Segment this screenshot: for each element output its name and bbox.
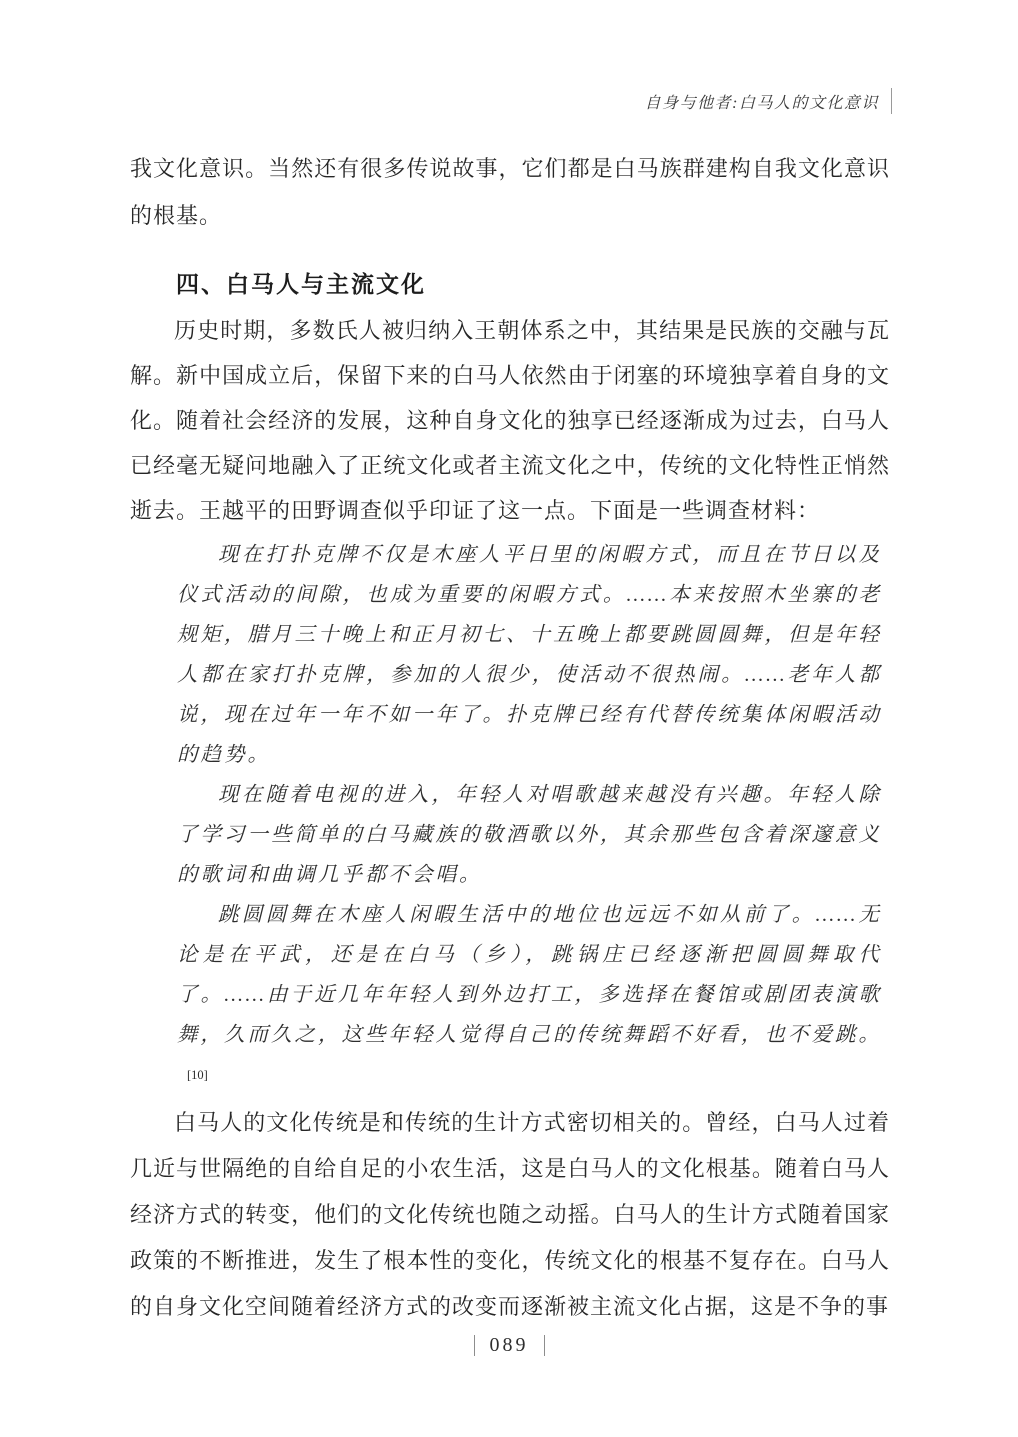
quote-paragraph-2: 现在随着电视的进入，年轻人对唱歌越来越没有兴趣。年轻人除了学习一些简单的白马藏族… (177, 775, 882, 895)
page-number-bar-right (544, 1335, 545, 1356)
paragraph-intro: 我文化意识。当然还有很多传说故事，它们都是白马族群建构自我文化意识的根基。 (130, 145, 890, 239)
quote-paragraph-3: 跳圆圆舞在木座人闲暇生活中的地位也远远不如从前了。……无论是在平武，还是在白马（… (177, 895, 882, 1100)
page-number: 089 (490, 1334, 529, 1357)
paragraph-history: 历史时期，多数氏人被归纳入王朝体系之中，其结果是民族的交融与瓦解。新中国成立后，… (130, 308, 890, 533)
page-number-bar-left (474, 1335, 475, 1356)
paragraph-closing: 白马人的文化传统是和传统的生计方式密切相关的。曾经，白马人过着几近与世隔绝的自给… (130, 1100, 890, 1330)
running-header-title: 自身与他者:白马人的文化意识 (645, 90, 879, 113)
quote-paragraph-1: 现在打扑克牌不仅是木座人平日里的闲暇方式，而且在节日以及仪式活动的间隙，也成为重… (177, 535, 882, 775)
quote-paragraph-3-text: 跳圆圆舞在木座人闲暇生活中的地位也远远不如从前了。……无论是在平武，还是在白马（… (177, 904, 882, 1046)
running-header: 自身与他者:白马人的文化意识 (645, 88, 892, 114)
page-content: 我文化意识。当然还有很多传说故事，它们都是白马族群建构自我文化意识的根基。 四、… (130, 145, 890, 1330)
page-footer: 089 (0, 1334, 1018, 1357)
header-divider-bar (891, 88, 892, 114)
footnote-reference: [10] (187, 1068, 208, 1082)
quote-block: 现在打扑克牌不仅是木座人平日里的闲暇方式，而且在节日以及仪式活动的间隙，也成为重… (177, 535, 882, 1100)
section-heading: 四、白马人与主流文化 (130, 261, 890, 308)
document-page: 自身与他者:白马人的文化意识 我文化意识。当然还有很多传说故事，它们都是白马族群… (0, 0, 1018, 1437)
